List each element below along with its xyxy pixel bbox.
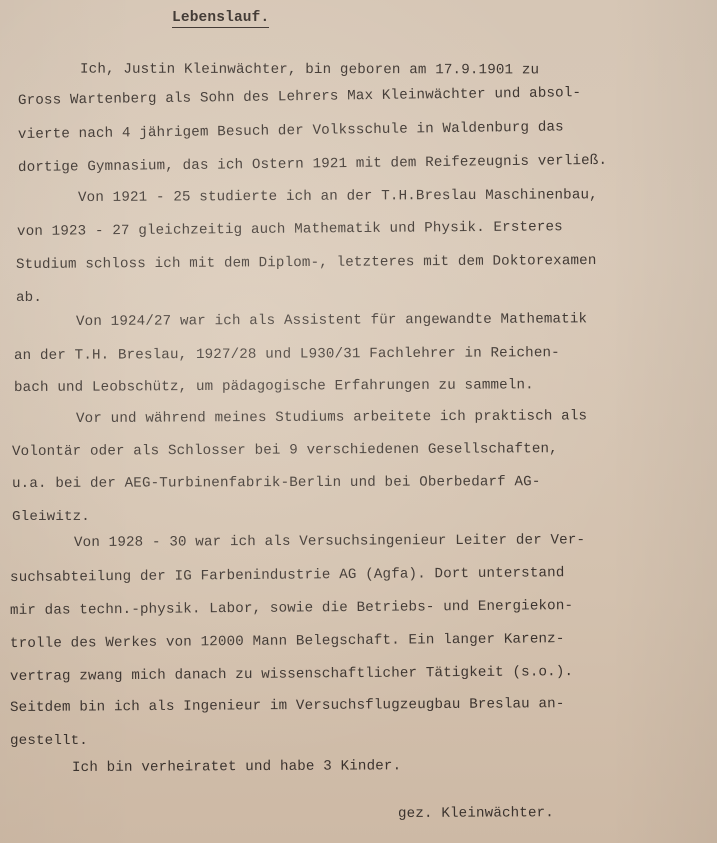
- text-line: Von 1921 - 25 studierte ich an der T.H.B…: [78, 187, 598, 206]
- text-line: suchsabteilung der IG Farbenindustrie AG…: [10, 565, 565, 586]
- text-line: ab.: [16, 290, 42, 306]
- text-line: an der T.H. Breslau, 1927/28 und L930/31…: [14, 345, 560, 364]
- text-line: Ich bin verheiratet und habe 3 Kinder.: [72, 758, 401, 776]
- text-line: Volontär oder als Schlosser bei 9 versch…: [12, 441, 558, 460]
- text-line: Seitdem bin ich als Ingenieur im Versuch…: [10, 696, 565, 716]
- text-line: mir das techn.-physik. Labor, sowie die …: [10, 598, 573, 619]
- text-line: Von 1928 - 30 war ich als Versuchsingeni…: [74, 532, 585, 551]
- text-line: vertrag zwang mich danach zu wissenschaf…: [10, 664, 573, 685]
- text-line: dortige Gymnasium, das ich Ostern 1921 m…: [18, 153, 607, 176]
- text-line: trolle des Werkes von 12000 Mann Belegsc…: [10, 631, 565, 652]
- document-title: Lebenslauf.: [172, 10, 269, 28]
- text-line: Gleiwitz.: [12, 509, 90, 525]
- text-line: gestellt.: [10, 733, 88, 749]
- text-line: Vor und während meines Studiums arbeitet…: [76, 408, 587, 427]
- text-line: von 1923 - 27 gleichzeitig auch Mathemat…: [17, 219, 563, 240]
- typewritten-page: Lebenslauf. Ich, Justin Kleinwächter, bi…: [0, 0, 717, 843]
- text-line: Gross Wartenberg als Sohn des Lehrers Ma…: [18, 85, 581, 109]
- text-line: u.a. bei der AEG-Turbinenfabrik-Berlin u…: [12, 474, 541, 492]
- text-line: Ich, Justin Kleinwächter, bin geboren am…: [80, 62, 539, 79]
- text-line: bach und Leobschütz, um pädagogische Erf…: [14, 377, 534, 396]
- text-line: Studium schloss ich mit dem Diplom-, let…: [16, 253, 597, 273]
- signature: gez. Kleinwächter.: [398, 805, 554, 822]
- text-line: Von 1924/27 war ich als Assistent für an…: [76, 311, 587, 330]
- text-line: vierte nach 4 jährigem Besuch der Volkss…: [18, 119, 564, 143]
